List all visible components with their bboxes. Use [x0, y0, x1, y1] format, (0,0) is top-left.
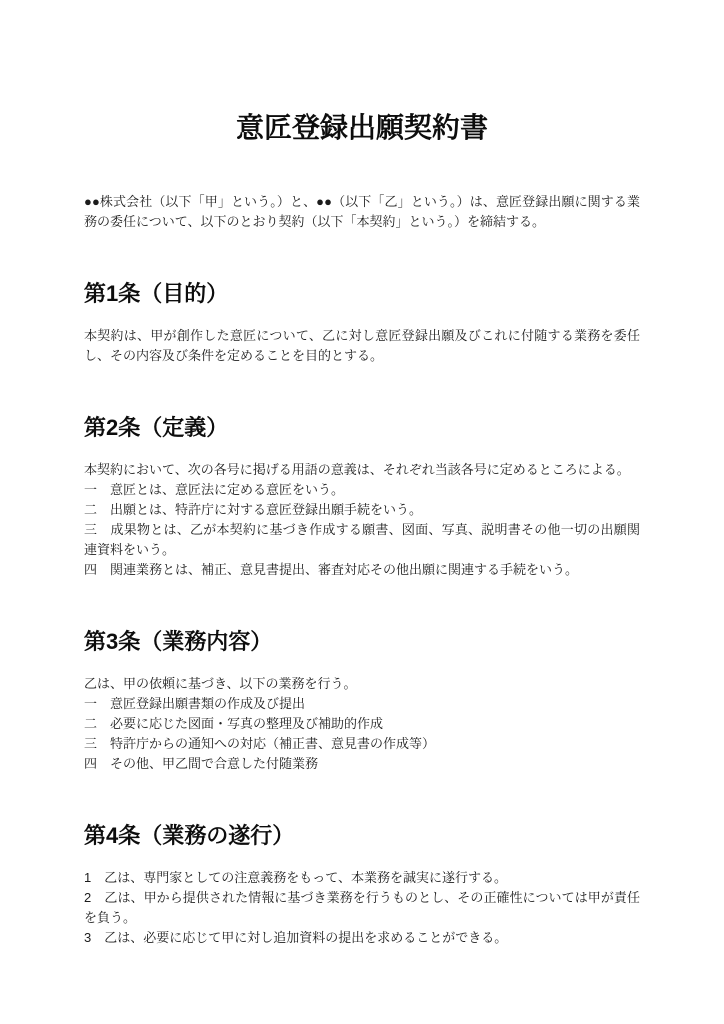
article-3-item-1: 一 意匠登録出願書類の作成及び提出	[84, 694, 640, 714]
article-1-body: 本契約は、甲が創作した意匠について、乙に対し意匠登録出願及びこれに付随する業務を…	[84, 326, 640, 366]
article-2-item-3: 三 成果物とは、乙が本契約に基づき作成する願書、図面、写真、説明書その他一切の出…	[84, 520, 640, 560]
contract-document-page: 意匠登録出願契約書 ●●株式会社（以下「甲」という。）と、●●（以下「乙」という…	[0, 0, 724, 1024]
article-4-clause-3: 3 乙は、必要に応じて甲に対し追加資料の提出を求めることができる。	[84, 928, 640, 948]
article-2-item-4: 四 関連業務とは、補正、意見書提出、審査対応その他出願に関連する手続をいう。	[84, 560, 640, 580]
article-3: 第3条（業務内容） 乙は、甲の依頼に基づき、以下の業務を行う。 一 意匠登録出願…	[84, 628, 640, 774]
article-1: 第1条（目的） 本契約は、甲が創作した意匠について、乙に対し意匠登録出願及びこれ…	[84, 280, 640, 366]
article-4-clause-2: 2 乙は、甲から提供された情報に基づき業務を行うものとし、その正確性については甲…	[84, 888, 640, 928]
article-3-item-4: 四 その他、甲乙間で合意した付随業務	[84, 754, 640, 774]
article-2: 第2条（定義） 本契約において、次の各号に掲げる用語の意義は、それぞれ当該各号に…	[84, 414, 640, 580]
article-3-item-2: 二 必要に応じた図面・写真の整理及び補助的作成	[84, 714, 640, 734]
article-2-item-1: 一 意匠とは、意匠法に定める意匠をいう。	[84, 480, 640, 500]
article-2-lead: 本契約において、次の各号に掲げる用語の意義は、それぞれ当該各号に定めるところによ…	[84, 460, 640, 480]
article-1-paragraph: 本契約は、甲が創作した意匠について、乙に対し意匠登録出願及びこれに付随する業務を…	[84, 326, 640, 366]
article-2-item-2: 二 出願とは、特許庁に対する意匠登録出願手続をいう。	[84, 500, 640, 520]
article-4-clause-1: 1 乙は、専門家としての注意義務をもって、本業務を誠実に遂行する。	[84, 868, 640, 888]
article-3-item-3: 三 特許庁からの通知への対応（補正書、意見書の作成等）	[84, 734, 640, 754]
article-4-heading: 第4条（業務の遂行）	[84, 822, 640, 850]
article-3-body: 乙は、甲の依頼に基づき、以下の業務を行う。 一 意匠登録出願書類の作成及び提出 …	[84, 674, 640, 774]
document-title: 意匠登録出願契約書	[84, 110, 640, 146]
article-2-body: 本契約において、次の各号に掲げる用語の意義は、それぞれ当該各号に定めるところによ…	[84, 460, 640, 580]
article-2-heading: 第2条（定義）	[84, 414, 640, 442]
article-3-heading: 第3条（業務内容）	[84, 628, 640, 656]
article-1-heading: 第1条（目的）	[84, 280, 640, 308]
article-3-lead: 乙は、甲の依頼に基づき、以下の業務を行う。	[84, 674, 640, 694]
article-4-body: 1 乙は、専門家としての注意義務をもって、本業務を誠実に遂行する。 2 乙は、甲…	[84, 868, 640, 948]
preamble-paragraph: ●●株式会社（以下「甲」という。）と、●●（以下「乙」という。）は、意匠登録出願…	[84, 192, 640, 232]
article-4: 第4条（業務の遂行） 1 乙は、専門家としての注意義務をもって、本業務を誠実に遂…	[84, 822, 640, 948]
